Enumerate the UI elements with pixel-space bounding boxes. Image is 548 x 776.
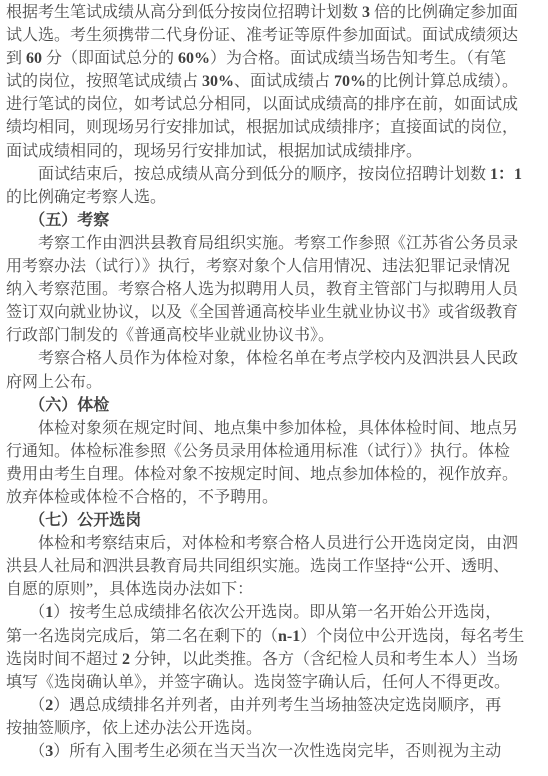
body-text: 的比例计算总成绩）。 xyxy=(366,73,518,90)
text-line: 行通知。体检标准参照《公务员录用体检通用标准（试行）》执行。体检 xyxy=(6,440,544,463)
body-text: 行政部门制发的《普通高校毕业就业协议书》。 xyxy=(6,327,334,344)
body-text: 行通知。体检标准参照《公务员录用体检通用标准（试行）》执行。体检 xyxy=(6,443,510,460)
body-text: 的比例确定考察人选。 xyxy=(6,189,166,206)
text-line: 到 60 分（即面试总分的 60%）为合格。面试成绩当场告知考生。（有笔 xyxy=(6,47,544,70)
bold-text: 60% xyxy=(178,50,210,67)
body-text: （ xyxy=(29,604,45,621)
body-text: 放弃体检或体检不合格的，不予聘用。 xyxy=(6,489,278,506)
text-line: 根据考生笔试成绩从高分到低分按岗位招聘计划数 3 倍的比例确定参加面 xyxy=(6,1,544,24)
section-heading: （七）公开选岗 xyxy=(6,509,544,532)
body-text: 进行笔试的岗位，如考试总分相同，以面试成绩高的排序在前，如面试成 xyxy=(6,96,518,113)
body-text: 洪县人社局和泗洪县教育局共同组织实施。选岗工作坚持“公开、透明、 xyxy=(6,558,509,575)
body-text: 分钟，以此类推。各方（含纪检人员和考生本人）当场 xyxy=(130,651,518,668)
text-line: 面试成绩相同的，现场另行安排加试，根据加试成绩排序。 xyxy=(6,140,544,163)
body-text: 自愿的原则”，具体选岗办法如下： xyxy=(6,581,253,598)
text-line: 用考察办法（试行）》执行，考察对象个人信用情况、违法犯罪记录情况 xyxy=(6,255,544,278)
body-text: 体检对象须在规定时间、地点集中参加体检，具体体检时间、地点另 xyxy=(38,420,518,437)
text-line: 府网上公布。 xyxy=(6,371,544,394)
bold-text: 60 xyxy=(26,50,42,67)
text-line: 费用由考生自理。体检对象不按规定时间、地点参加体检的，视作放弃。 xyxy=(6,463,544,486)
bold-text: 2 xyxy=(122,651,130,668)
body-text: 到 xyxy=(6,50,26,67)
document-text: 根据考生笔试成绩从高分到低分按岗位招聘计划数 3 倍的比例确定参加面试人选。考生… xyxy=(0,0,548,763)
text-line: 考察合格人员作为体检对象，体检名单在考点学校内及泗洪县人民政 xyxy=(6,347,544,370)
text-line: 签订双向就业协议，以及《全国普通高校毕业生就业协议书》或省级教育 xyxy=(6,301,544,324)
document-page: 根据考生笔试成绩从高分到低分按岗位招聘计划数 3 倍的比例确定参加面试人选。考生… xyxy=(0,0,548,776)
body-text: （ xyxy=(29,697,45,714)
body-text: 考察工作由泗洪县教育局组织实施。考察工作参照《江苏省公务员录 xyxy=(38,235,518,252)
text-line: （3）所有入围考生必须在当天当次一次性选岗完毕，否则视为主动 xyxy=(6,740,544,763)
body-text: 第一名选岗完成后，第二名在剩下的（ xyxy=(6,628,278,645)
body-text: 费用由考生自理。体检对象不按规定时间、地点参加体检的，视作放弃。 xyxy=(6,466,518,483)
body-text: 考察合格人员作为体检对象，体检名单在考点学校内及泗洪县人民政 xyxy=(38,350,518,367)
text-line: 自愿的原则”，具体选岗办法如下： xyxy=(6,578,544,601)
body-text: ）所有入围考生必须在当天当次一次性选岗完毕，否则视为主动 xyxy=(53,743,501,760)
text-line: 试人选。考生须携带二代身份证、准考证等原件参加面试。面试成绩须达 xyxy=(6,24,544,47)
bold-text: 3 xyxy=(45,743,53,760)
text-line: 面试结束后，按总成绩从高分到低分的顺序，按岗位招聘计划数 1：1 xyxy=(6,163,544,186)
body-text: ）遇总成绩排名并列者，由并列考生当场抽签决定选岗顺序，再 xyxy=(53,697,501,714)
body-text: 用考察办法（试行）》执行，考察对象个人信用情况、违法犯罪记录情况 xyxy=(6,258,510,275)
text-line: 第一名选岗完成后，第二名在剩下的（n-1）个岗位中公开选岗，每名考生 xyxy=(6,625,544,648)
bold-text: 1 xyxy=(45,604,53,621)
body-text: 倍的比例确定参加面 xyxy=(370,4,518,21)
body-text: 签订双向就业协议，以及《全国普通高校毕业生就业协议书》或省级教育 xyxy=(6,304,518,321)
bold-text: 1：1 xyxy=(490,166,522,183)
section-heading: （六）体检 xyxy=(6,394,544,417)
text-line: 进行笔试的岗位，如考试总分相同，以面试成绩高的排序在前，如面试成 xyxy=(6,93,544,116)
body-text: 府网上公布。 xyxy=(6,374,102,391)
body-text: 体检和考察结束后，对体检和考察合格人员进行公开选岗定岗，由泗 xyxy=(38,535,518,552)
bold-text: （六）体检 xyxy=(29,397,109,414)
text-line: 的比例确定考察人选。 xyxy=(6,186,544,209)
body-text: ）按考生总成绩排名依次公开选岗。即从第一名开始公开选岗， xyxy=(53,604,501,621)
text-line: （2）遇总成绩排名并列者，由并列考生当场抽签决定选岗顺序，再 xyxy=(6,694,544,717)
bold-text: 3 xyxy=(362,4,370,21)
body-text: 绩均相同，则现场另行安排加试，根据加试成绩排序；直接面试的岗位， xyxy=(6,119,518,136)
body-text: 填写《选岗确认单》，并签字确认。选岗签字确认后，任何人不得更改。 xyxy=(6,674,510,691)
body-text: ）个岗位中公开选岗，每名考生 xyxy=(300,628,524,645)
body-text: 分（即面试总分的 xyxy=(42,50,178,67)
text-line: 体检和考察结束后，对体检和考察合格人员进行公开选岗定岗，由泗 xyxy=(6,532,544,555)
bold-text: 30% xyxy=(202,73,234,90)
bold-text: n-1 xyxy=(278,628,300,645)
body-text: 、面试成绩占 xyxy=(234,73,334,90)
bold-text: 2 xyxy=(45,697,53,714)
body-text: 面试成绩相同的，现场另行安排加试，根据加试成绩排序。 xyxy=(6,143,422,160)
text-line: 体检对象须在规定时间、地点集中参加体检，具体体检时间、地点另 xyxy=(6,417,544,440)
text-line: 放弃体检或体检不合格的，不予聘用。 xyxy=(6,486,544,509)
text-line: （1）按考生总成绩排名依次公开选岗。即从第一名开始公开选岗， xyxy=(6,601,544,624)
text-line: 选岗时间不超过 2 分钟，以此类推。各方（含纪检人员和考生本人）当场 xyxy=(6,648,544,671)
body-text: 根据考生笔试成绩从高分到低分按岗位招聘计划数 xyxy=(6,4,362,21)
text-line: 试的岗位，按照笔试成绩占 30%、面试成绩占 70%的比例计算总成绩）。 xyxy=(6,70,544,93)
body-text: 试的岗位，按照笔试成绩占 xyxy=(6,73,202,90)
bold-text: （七）公开选岗 xyxy=(29,512,141,529)
section-heading: （五）考察 xyxy=(6,209,544,232)
text-line: 纳入考察范围。考察合格人选为拟聘用人员，教育主管部门与拟聘用人员 xyxy=(6,278,544,301)
text-line: 行政部门制发的《普通高校毕业就业协议书》。 xyxy=(6,324,544,347)
bold-text: （五）考察 xyxy=(29,212,109,229)
text-line: 绩均相同，则现场另行安排加试，根据加试成绩排序；直接面试的岗位， xyxy=(6,116,544,139)
body-text: 纳入考察范围。考察合格人选为拟聘用人员，教育主管部门与拟聘用人员 xyxy=(6,281,518,298)
text-line: 按抽签顺序，依上述办法公开选岗。 xyxy=(6,717,544,740)
text-line: 填写《选岗确认单》，并签字确认。选岗签字确认后，任何人不得更改。 xyxy=(6,671,544,694)
body-text: 试人选。考生须携带二代身份证、准考证等原件参加面试。面试成绩须达 xyxy=(6,27,518,44)
body-text: ）为合格。面试成绩当场告知考生。（有笔 xyxy=(210,50,506,67)
body-text: 按抽签顺序，依上述办法公开选岗。 xyxy=(6,720,262,737)
body-text: （ xyxy=(29,743,45,760)
body-text: 面试结束后，按总成绩从高分到低分的顺序，按岗位招聘计划数 xyxy=(38,166,490,183)
text-line: 洪县人社局和泗洪县教育局共同组织实施。选岗工作坚持“公开、透明、 xyxy=(6,555,544,578)
bold-text: 70% xyxy=(334,73,366,90)
text-line: 考察工作由泗洪县教育局组织实施。考察工作参照《江苏省公务员录 xyxy=(6,232,544,255)
body-text: 选岗时间不超过 xyxy=(6,651,122,668)
